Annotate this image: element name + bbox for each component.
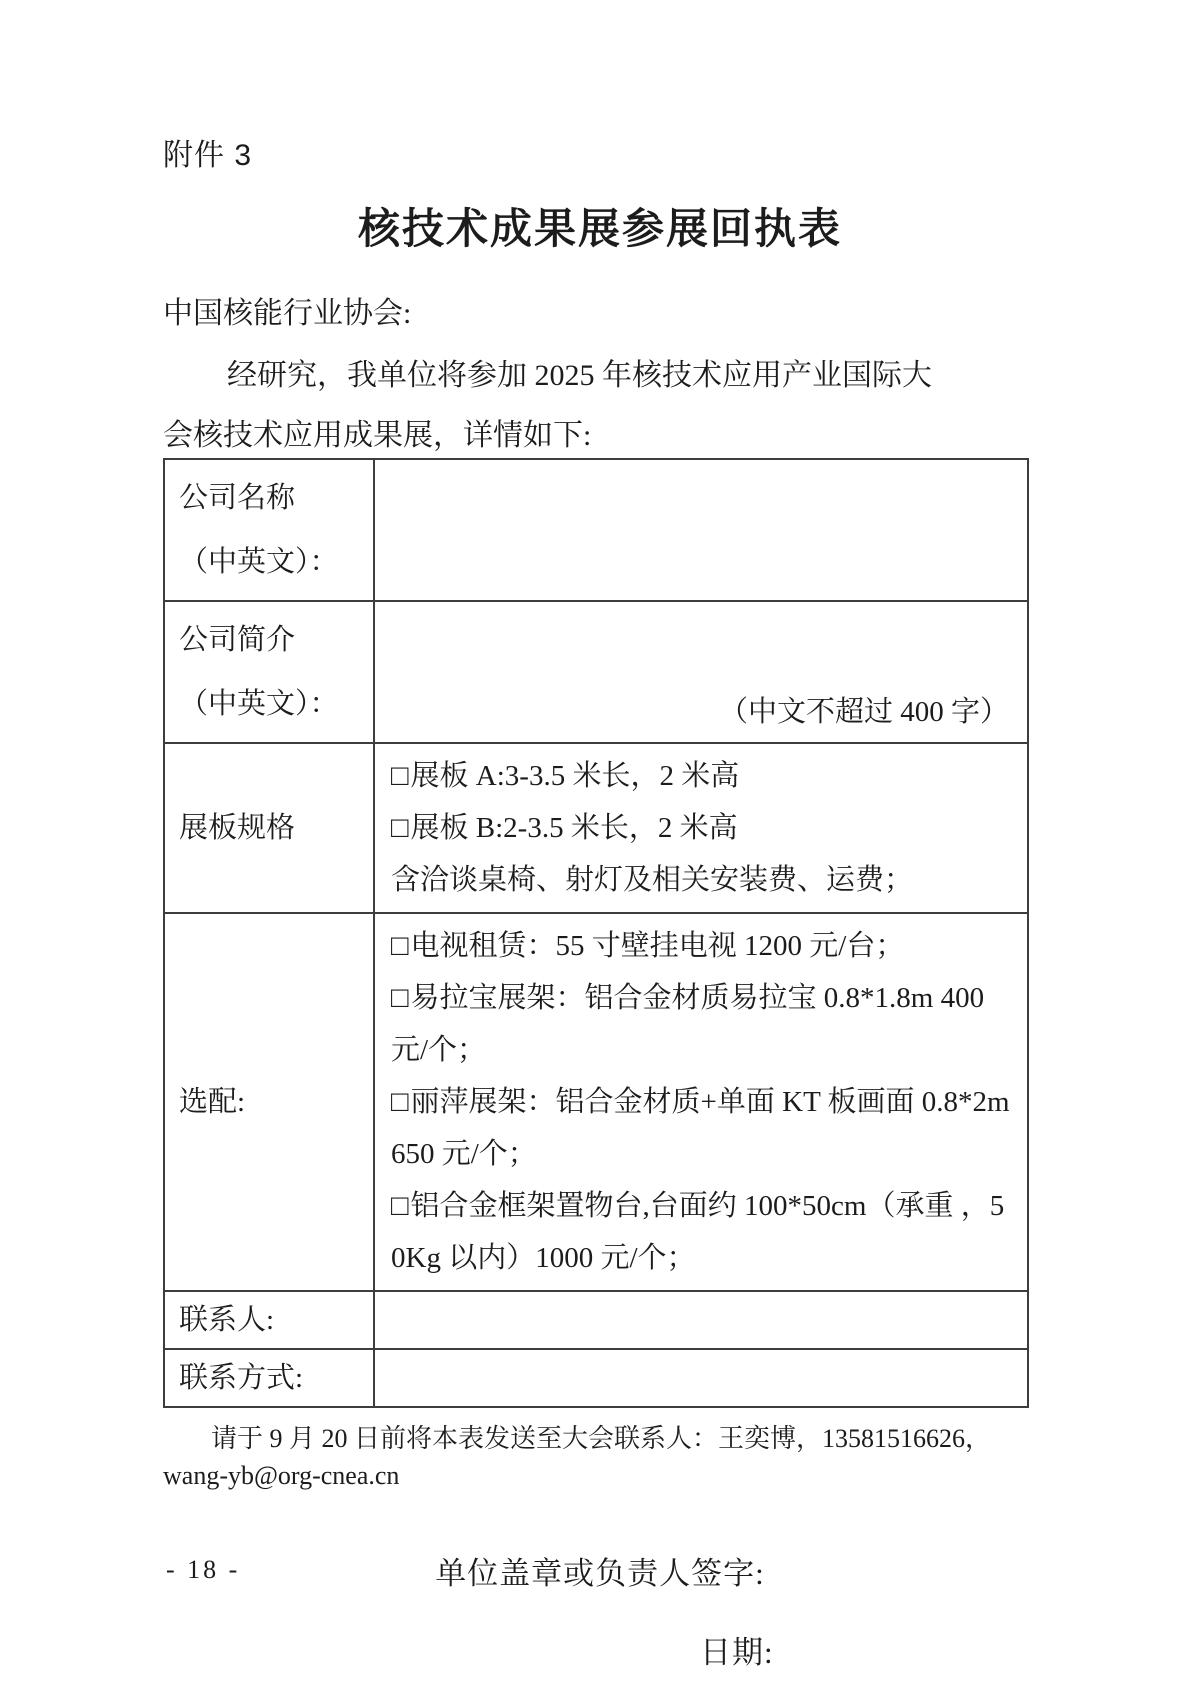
submission-note: 请于 9 月 20 日前将本表发送至大会联系人：王奕博，13581516626，… [163, 1420, 1032, 1494]
option-label: 展板 A:3-3.5 米长，2 米高 [411, 760, 740, 792]
row-label-cell-contact-person: 联系人: [164, 1291, 374, 1349]
document-title: 核技术成果展参展回执表 [0, 196, 1200, 256]
option-label: 易拉宝展架：铝合金材质易拉宝 0.8*1.8m 400 元/个； [391, 982, 984, 1066]
option-line: □展板 A:3-3.5 米长，2 米高 [391, 750, 1011, 802]
option-line: □丽萍展架：铝合金材质+单面 KT 板画面 0.8*2m 650 元/个； [391, 1076, 1011, 1180]
row-label-cell-optional-items: 选配: [164, 913, 374, 1291]
option-line: □电视租赁：55 寸壁挂电视 1200 元/台； [391, 920, 1011, 972]
form-row-company-name: 公司名称（中英文）： [164, 459, 1028, 601]
row-label-text: 公司名称 [179, 466, 369, 530]
row-content-cell-contact-person [374, 1291, 1028, 1349]
content-text-line: 含洽谈桌椅、射灯及相关安装费、运费； [391, 854, 1011, 906]
checkbox-icon: □ [391, 802, 409, 854]
row-label-cell-company-profile: 公司简介（中英文）： [164, 601, 374, 743]
cell-note: （中文不超过 400 字） [391, 692, 1009, 732]
form-row-contact-method: 联系方式: [164, 1349, 1028, 1407]
row-label-text: 选配: [179, 1080, 369, 1124]
salutation-line: 中国核能行业协会: [163, 288, 411, 332]
option-label: 铝合金框架置物台,台面约 100*50cm（承重 ，50Kg 以内）1000 元… [391, 1190, 1004, 1274]
row-label-text: 公司简介 [179, 608, 369, 672]
row-content-cell-panel-spec: □展板 A:3-3.5 米长，2 米高□展板 B:2-3.5 米长，2 米高含洽… [374, 743, 1028, 913]
intro-line-1: 经研究，我单位将参加 2025 年核技术应用产业国际大 [163, 350, 1032, 394]
option-label: 展板 B:2-3.5 米长，2 米高 [411, 812, 738, 844]
checkbox-icon: □ [391, 1076, 409, 1128]
form-table-rows: 公司名称（中英文）：公司简介（中英文）：（中文不超过 400 字）展板规格□展板… [164, 459, 1028, 1407]
option-line: □铝合金框架置物台,台面约 100*50cm（承重 ，50Kg 以内）1000 … [391, 1180, 1011, 1284]
document-page: 附件 3 核技术成果展参展回执表 中国核能行业协会: 经研究，我单位将参加 20… [0, 0, 1200, 1697]
row-label-text: 联系方式: [179, 1356, 369, 1400]
row-label-cell-contact-method: 联系方式: [164, 1349, 374, 1407]
submission-note-line-2: wang-yb@org-cnea.cn [163, 1457, 1032, 1494]
option-line: □易拉宝展架：铝合金材质易拉宝 0.8*1.8m 400 元/个； [391, 972, 1011, 1076]
attachment-label: 附件 3 [163, 130, 252, 174]
row-label-cell-panel-spec: 展板规格 [164, 743, 374, 913]
row-label-text: 联系人: [179, 1298, 369, 1342]
row-content-cell-company-profile: （中文不超过 400 字） [374, 601, 1028, 743]
registration-form-table: 公司名称（中英文）：公司简介（中英文）：（中文不超过 400 字）展板规格□展板… [163, 458, 1029, 1408]
row-content-cell-optional-items: □电视租赁：55 寸壁挂电视 1200 元/台；□易拉宝展架：铝合金材质易拉宝 … [374, 913, 1028, 1291]
row-label-text: 展板规格 [179, 806, 369, 850]
checkbox-icon: □ [391, 920, 409, 972]
option-label: 丽萍展架：铝合金材质+单面 KT 板画面 0.8*2m 650 元/个； [391, 1086, 1010, 1170]
form-row-optional-items: 选配:□电视租赁：55 寸壁挂电视 1200 元/台；□易拉宝展架：铝合金材质易… [164, 913, 1028, 1291]
form-row-panel-spec: 展板规格□展板 A:3-3.5 米长，2 米高□展板 B:2-3.5 米长，2 … [164, 743, 1028, 913]
lower-content: 公司名称（中英文）：公司简介（中英文）：（中文不超过 400 字）展板规格□展板… [0, 458, 1200, 1672]
option-label: 电视租赁：55 寸壁挂电视 1200 元/台； [411, 930, 905, 962]
checkbox-icon: □ [391, 750, 409, 802]
row-content-cell-contact-method [374, 1349, 1028, 1407]
submission-note-line-1: 请于 9 月 20 日前将本表发送至大会联系人：王奕博，13581516626， [163, 1420, 1032, 1457]
form-row-company-profile: 公司简介（中英文）：（中文不超过 400 字） [164, 601, 1028, 743]
checkbox-icon: □ [391, 1180, 409, 1232]
checkbox-icon: □ [391, 972, 409, 1024]
row-content-cell-company-name [374, 459, 1028, 601]
intro-line-2: 会核技术应用成果展，详情如下: [163, 410, 1032, 454]
date-label: 日期: [700, 1627, 1200, 1672]
page-number: - 18 - [166, 1555, 240, 1585]
form-row-contact-person: 联系人: [164, 1291, 1028, 1349]
row-label-text: （中英文）： [179, 530, 369, 594]
option-line: □展板 B:2-3.5 米长，2 米高 [391, 802, 1011, 854]
row-label-cell-company-name: 公司名称（中英文）： [164, 459, 374, 601]
row-label-text: （中英文）： [179, 672, 369, 736]
